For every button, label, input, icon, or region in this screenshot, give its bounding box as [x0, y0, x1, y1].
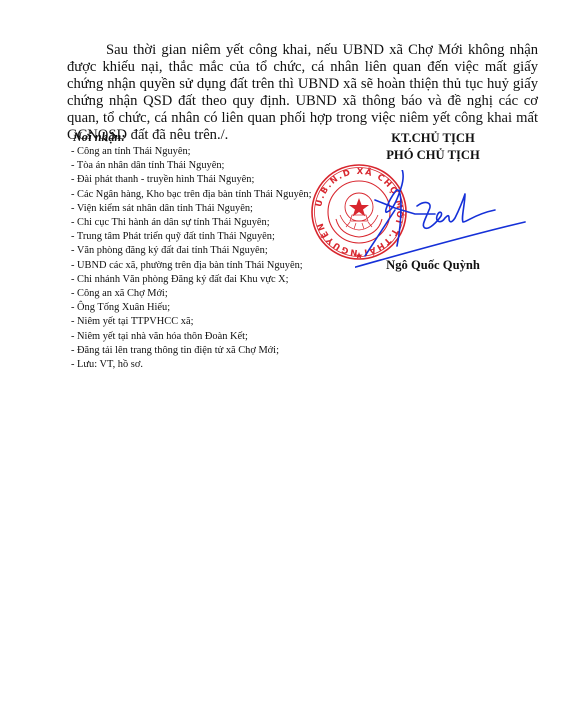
recipient-item: - Trung tâm Phát triển quỹ đất tỉnh Thái…	[71, 230, 351, 244]
recipient-item: - Ông Tống Xuân Hiếu;	[71, 301, 351, 315]
recipients-list: - Công an tỉnh Thái Nguyên; - Tòa án nhâ…	[71, 145, 351, 372]
recipient-item: - Công an tỉnh Thái Nguyên;	[71, 145, 351, 159]
signer-position-title: PHÓ CHỦ TỊCH	[363, 147, 503, 164]
body-paragraph: Sau thời gian niêm yết công khai, nếu UB…	[67, 42, 538, 144]
document-page: Sau thời gian niêm yết công khai, nếu UB…	[0, 0, 566, 715]
recipient-item: - UBND các xã, phường trên địa bàn tỉnh …	[71, 259, 351, 273]
recipients-title: Nơi nhận:	[73, 130, 351, 145]
recipient-item: - Chi nhánh Văn phòng Đăng ký đất đai Kh…	[71, 273, 351, 287]
recipient-item: - Đăng tải lên trang thông tin điện tử x…	[71, 344, 351, 358]
recipient-item: - Chi cục Thi hành án dân sự tỉnh Thái N…	[71, 216, 351, 230]
recipients-section: Nơi nhận: - Công an tỉnh Thái Nguyên; - …	[71, 130, 351, 372]
handwritten-signature	[355, 170, 535, 270]
recipient-item: - Văn phòng đăng ký đất đai tỉnh Thái Ng…	[71, 244, 351, 258]
signer-name: Ngô Quốc Quỳnh	[363, 257, 503, 274]
recipient-item: - Niêm yết tại nhà văn hóa thôn Đoàn Kết…	[71, 330, 351, 344]
recipient-item: - Lưu: VT, hồ sơ.	[71, 358, 351, 372]
recipient-item: - Niêm yết tại TTPVHCC xã;	[71, 315, 351, 329]
recipient-item: - Công an xã Chợ Mới;	[71, 287, 351, 301]
recipient-item: - Viện kiểm sát nhân dân tỉnh Thái Nguyê…	[71, 202, 351, 216]
recipient-item: - Đài phát thanh - truyền hình Thái Nguy…	[71, 173, 351, 187]
signer-authority-title: KT.CHỦ TỊCH	[363, 130, 503, 147]
recipient-item: - Các Ngân hàng, Kho bạc trên địa bàn tỉ…	[71, 188, 351, 202]
recipient-item: - Tòa án nhân dân tỉnh Thái Nguyên;	[71, 159, 351, 173]
signature-block: KT.CHỦ TỊCH PHÓ CHỦ TỊCH	[363, 130, 503, 164]
